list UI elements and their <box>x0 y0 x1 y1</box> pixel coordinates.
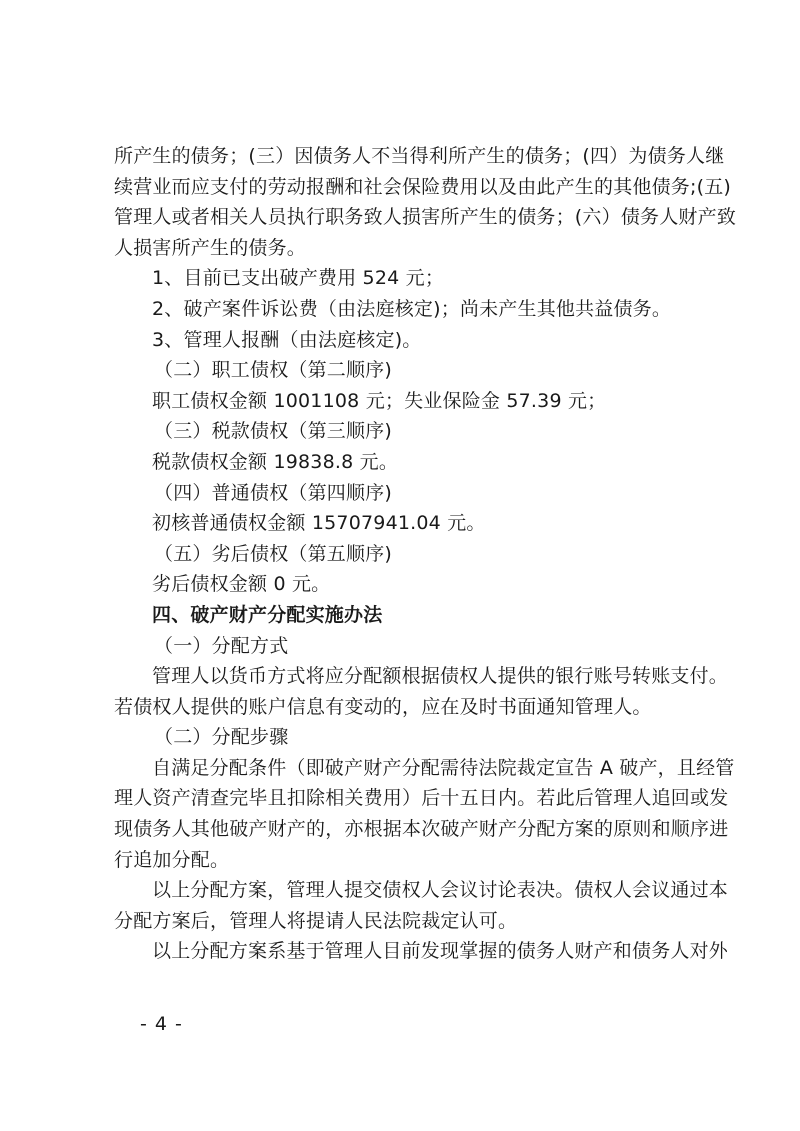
subheading-distribution-steps: （二）分配步骤 <box>114 722 708 753</box>
paragraph-line: 所产生的债务；(三）因债务人不当得利所产生的债务；(四）为债务人继 <box>114 141 708 172</box>
subheading-subordinated-claims: （五）劣后债权（第五顺序) <box>114 539 708 570</box>
document-page: 所产生的债务；(三）因债务人不当得利所产生的债务；(四）为债务人继 续营业而应支… <box>0 0 800 1131</box>
list-item-litigation-fees: 2、破产案件诉讼费（由法庭核定)；尚未产生其他共益债务。 <box>114 294 708 325</box>
document-body: 所产生的债务；(三）因债务人不当得利所产生的债务；(四）为债务人继 续营业而应支… <box>114 141 708 967</box>
paragraph-line: 自满足分配条件（即破产财产分配需待法院裁定宣告 A 破产，且经管 <box>114 753 708 784</box>
tax-claims-amount: 税款债权金额 19838.8 元。 <box>114 447 708 478</box>
section-heading-distribution: 四、破产财产分配实施办法 <box>114 600 708 631</box>
subordinated-claims-amount: 劣后债权金额 0 元。 <box>114 569 708 600</box>
paragraph-line: 管理人以货币方式将应分配额根据债权人提供的银行账号转账支付。 <box>114 661 708 692</box>
paragraph-line: 理人资产清查完毕且扣除相关费用）后十五日内。若此后管理人追回或发 <box>114 783 708 814</box>
paragraph-line: 若债权人提供的账户信息有变动的，应在及时书面通知管理人。 <box>114 692 708 723</box>
paragraph-line: 现债务人其他破产财产的，亦根据本次破产财产分配方案的原则和顺序进 <box>114 814 708 845</box>
paragraph-line: 行追加分配。 <box>114 845 708 876</box>
paragraph-line: 以上分配方案系基于管理人目前发现掌握的债务人财产和债务人对外 <box>114 936 708 967</box>
paragraph-line: 续营业而应支付的劳动报酬和社会保险费用以及由此产生的其他债务;(五) <box>114 172 708 203</box>
subheading-tax-claims: （三）税款债权（第三顺序) <box>114 416 708 447</box>
employee-claims-amount: 职工债权金额 1001108 元；失业保险金 57.39 元； <box>114 386 708 417</box>
subheading-distribution-method: （一）分配方式 <box>114 631 708 662</box>
page-number: - 4 - <box>140 1013 183 1035</box>
subheading-ordinary-claims: （四）普通债权（第四顺序) <box>114 478 708 509</box>
ordinary-claims-amount: 初核普通债权金额 15707941.04 元。 <box>114 508 708 539</box>
paragraph-line: 分配方案后，管理人将提请人民法院裁定认可。 <box>114 906 708 937</box>
list-item-administrator-fee: 3、管理人报酬（由法庭核定)。 <box>114 325 708 356</box>
list-item-bankruptcy-expenses: 1、目前已支出破产费用 524 元； <box>114 263 708 294</box>
paragraph-line: 人损害所产生的债务。 <box>114 233 708 264</box>
paragraph-line: 管理人或者相关人员执行职务致人损害所产生的债务；(六）债务人财产致 <box>114 202 708 233</box>
paragraph-line: 以上分配方案，管理人提交债权人会议讨论表决。债权人会议通过本 <box>114 875 708 906</box>
subheading-employee-claims: （二）职工债权（第二顺序) <box>114 355 708 386</box>
